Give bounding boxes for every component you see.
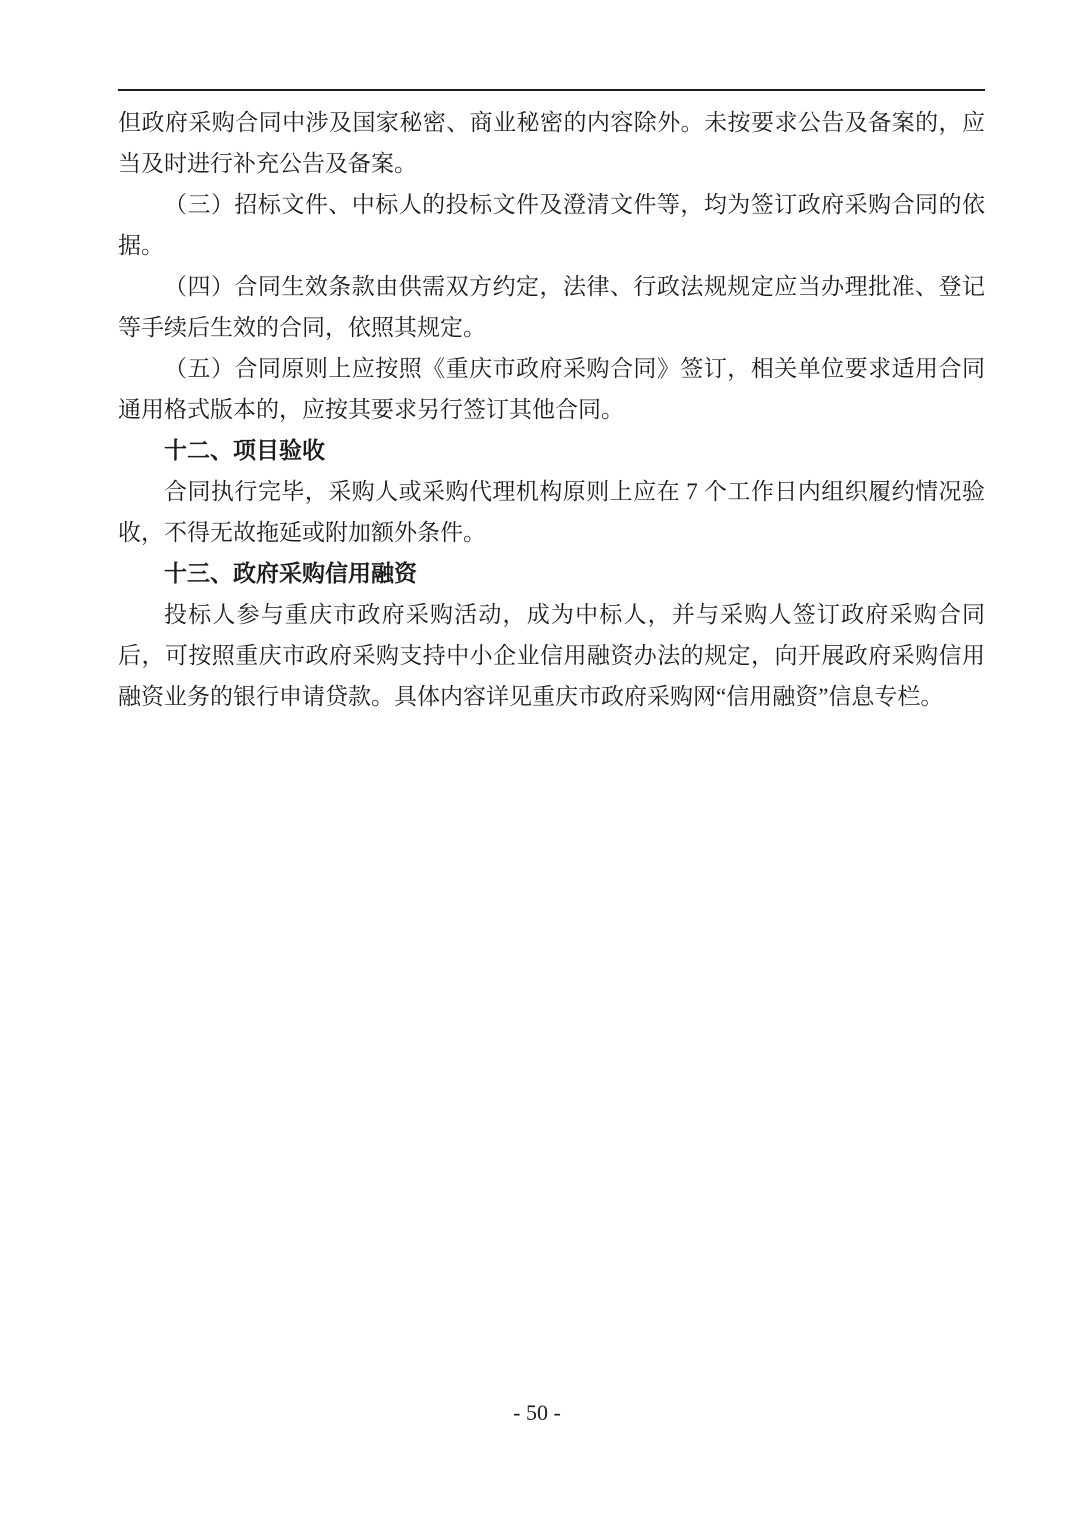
paragraph-acceptance-inspection: 合同执行完毕，采购人或采购代理机构原则上应在 7 个工作日内组织履约情况验收，不… xyxy=(118,471,985,553)
paragraph-item-4-contract-effectiveness: （四）合同生效条款由供需双方约定，法律、行政法规规定应当办理批准、登记等手续后生… xyxy=(118,266,985,348)
section-heading-13-credit-financing: 十三、政府采购信用融资 xyxy=(118,553,985,594)
section-heading-12-project-acceptance: 十二、项目验收 xyxy=(118,430,985,471)
paragraph-contract-secrecy-continuation: 但政府采购合同中涉及国家秘密、商业秘密的内容除外。未按要求公告及备案的，应当及时… xyxy=(118,102,985,184)
document-page: 但政府采购合同中涉及国家秘密、商业秘密的内容除外。未按要求公告及备案的，应当及时… xyxy=(0,0,1074,1520)
header-rule xyxy=(118,89,985,91)
paragraph-item-3-bid-documents: （三）招标文件、中标人的投标文件及澄清文件等，均为签订政府采购合同的依据。 xyxy=(118,184,985,266)
page-number: - 50 - xyxy=(0,1398,1074,1428)
paragraph-item-5-contract-template: （五）合同原则上应按照《重庆市政府采购合同》签订，相关单位要求适用合同通用格式版… xyxy=(118,348,985,430)
paragraph-credit-financing-detail: 投标人参与重庆市政府采购活动，成为中标人，并与采购人签订政府采购合同后，可按照重… xyxy=(118,594,985,717)
document-body: 但政府采购合同中涉及国家秘密、商业秘密的内容除外。未按要求公告及备案的，应当及时… xyxy=(118,102,985,717)
